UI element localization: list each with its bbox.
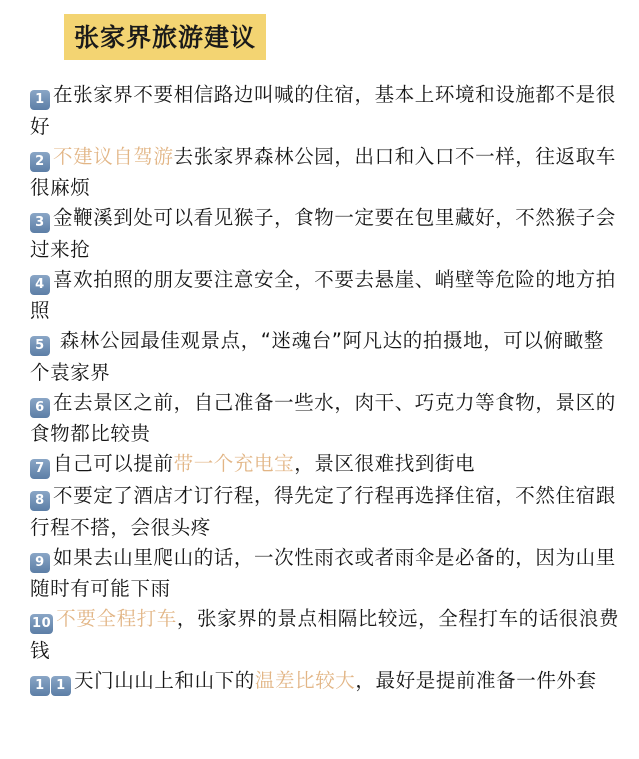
tip-text: 喜欢拍照的朋友要注意安全，不要去悬崖、峭壁等危险的地方拍照 — [30, 268, 616, 323]
tip-text: ，最好是提前准备一件外套 — [355, 669, 596, 692]
tip-text: 在张家界不要相信路边叫喊的住宿，基本上环境和设施都不是很好 — [30, 83, 616, 138]
number-keycap-icon: 7 — [30, 451, 51, 481]
tip-text: 天门山山上和山下的 — [74, 669, 255, 692]
tip-item: 9如果去山里爬山的话，一次性雨衣或者雨伞是必备的，因为山里随时有可能下雨 — [30, 543, 620, 604]
tip-item: 10不要全程打车，张家界的景点相隔比较远，全程打车的话很浪费钱 — [30, 604, 620, 665]
tip-item: 6在去景区之前，自己准备一些水，肉干、巧克力等食物，景区的食物都比较贵 — [30, 388, 620, 449]
tip-text: 不要定了酒店才订行程，得先定了行程再选择住宿，不然住宿跟行程不搭，会很头疼 — [30, 484, 616, 539]
tip-item: 3金鞭溪到处可以看见猴子，食物一定要在包里藏好，不然猴子会过来抢 — [30, 203, 620, 264]
tip-item: 4喜欢拍照的朋友要注意安全，不要去悬崖、峭壁等危险的地方拍照 — [30, 265, 620, 326]
keycap-digit: 6 — [30, 398, 50, 418]
keycap-digit: 8 — [30, 491, 50, 511]
highlighted-text: 温差比较大 — [255, 669, 356, 692]
tip-item: 1在张家界不要相信路边叫喊的住宿，基本上环境和设施都不是很好 — [30, 80, 620, 141]
keycap-digit: 1 — [51, 676, 71, 696]
tip-text: 在去景区之前，自己准备一些水，肉干、巧克力等食物，景区的食物都比较贵 — [30, 391, 616, 446]
number-keycap-icon: 10 — [30, 606, 54, 636]
tip-item: 2不建议自驾游去张家界森林公园，出口和入口不一样，往返取车很麻烦 — [30, 142, 620, 203]
number-keycap-icon: 1 — [30, 82, 51, 112]
number-keycap-icon: 5 — [30, 328, 51, 358]
tip-item: 8不要定了酒店才订行程，得先定了行程再选择住宿，不然住宿跟行程不搭，会很头疼 — [30, 481, 620, 542]
keycap-digit: 7 — [30, 459, 50, 479]
keycap-digit: 4 — [30, 275, 50, 295]
keycap-digit: 2 — [30, 152, 50, 172]
tip-text: ，景区很难找到街电 — [294, 452, 475, 475]
number-keycap-icon: 8 — [30, 483, 51, 513]
number-keycap-icon: 9 — [30, 545, 51, 575]
tip-item: 7自己可以提前带一个充电宝，景区很难找到街电 — [30, 449, 620, 481]
number-keycap-icon: 4 — [30, 267, 51, 297]
highlighted-text: 带一个充电宝 — [174, 452, 295, 475]
title-banner: 张家界旅游建议 — [64, 14, 266, 60]
tip-text: 如果去山里爬山的话，一次性雨衣或者雨伞是必备的，因为山里随时有可能下雨 — [30, 546, 616, 601]
tip-item: 5 森林公园最佳观景点，“迷魂台”阿凡达的拍摄地，可以俯瞰整个袁家界 — [30, 326, 620, 387]
keycap-digit: 5 — [30, 336, 50, 356]
number-keycap-icon: 2 — [30, 144, 51, 174]
number-keycap-icon: 3 — [30, 205, 51, 235]
keycap-digit: 3 — [30, 213, 50, 233]
keycap-digit: 1 — [30, 90, 50, 110]
page-title: 张家界旅游建议 — [64, 14, 266, 60]
keycap-digit: 9 — [30, 553, 50, 573]
number-keycap-icon: 6 — [30, 390, 51, 420]
number-keycap-icon: 11 — [30, 668, 72, 698]
tip-text: 森林公园最佳观景点，“迷魂台”阿凡达的拍摄地，可以俯瞰整个袁家界 — [30, 329, 604, 384]
tip-item: 11天门山山上和山下的温差比较大，最好是提前准备一件外套 — [30, 666, 620, 698]
tip-text: 金鞭溪到处可以看见猴子，食物一定要在包里藏好，不然猴子会过来抢 — [30, 206, 616, 261]
keycap-digit: 1 — [30, 676, 50, 696]
highlighted-text: 不要全程打车 — [56, 607, 177, 630]
keycap-digit: 10 — [30, 614, 53, 634]
tip-text: 自己可以提前 — [53, 452, 174, 475]
tips-list: 1在张家界不要相信路边叫喊的住宿，基本上环境和设施都不是很好2不建议自驾游去张家… — [30, 80, 620, 698]
highlighted-text: 不建议自驾游 — [53, 145, 174, 168]
